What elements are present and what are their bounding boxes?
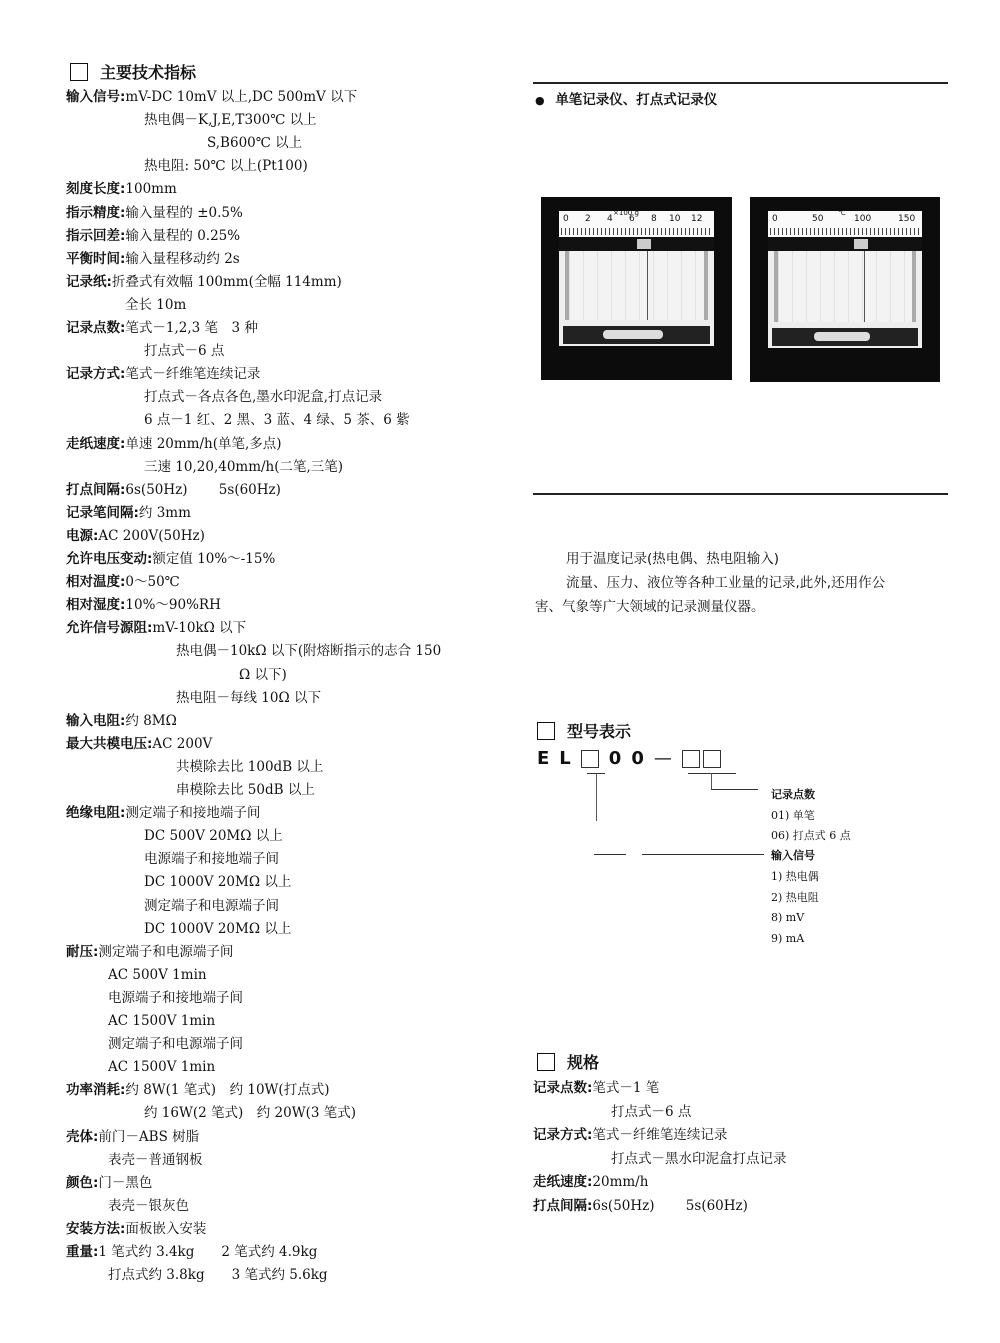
spec-row: 刻度长度:100mm <box>66 179 177 199</box>
section-box-icon <box>537 722 555 740</box>
spec-row: 打点式－6 点 <box>611 1102 691 1122</box>
section-box-icon <box>70 63 88 81</box>
spec-row: 测定端子和电源端子间 <box>144 896 279 916</box>
spec-value: 输入量程的 0.25% <box>125 228 240 244</box>
spec-row: DC 1000V 20MΩ 以上 <box>144 919 291 939</box>
spec-row: 壳体:前门－ABS 树脂 <box>66 1127 199 1147</box>
spec-value: 测定端子和电源端子间 <box>144 898 279 914</box>
record-points-slot-2 <box>703 750 721 768</box>
spec-row: 热电偶－K,J,E,T300℃ 以上 <box>144 110 317 130</box>
spec-row: 指示回差:输入量程的 0.25% <box>66 226 240 246</box>
model-code-heading: 型号表示 <box>537 719 631 742</box>
spec-row: 电源端子和接地端子间 <box>144 849 279 869</box>
recorder-scale: 0 2 4 6 8 10 12 ×100 g <box>559 211 714 238</box>
chart-paper <box>774 251 916 322</box>
spec-row: 全长 10m <box>125 295 186 315</box>
spec-label: 允许信号源阻: <box>66 620 152 636</box>
spec-value: 表壳－普通钢板 <box>108 1152 203 1168</box>
spec-label: 颜色: <box>66 1175 98 1191</box>
recorder-photo-dot-printing: 0 50 100 150 ℃ <box>750 197 940 382</box>
model-char-l: L <box>559 748 570 769</box>
input-signal-heading: 输入信号 <box>771 846 815 866</box>
main-specs-heading: 主要技术指标 <box>70 60 196 83</box>
spec-row: 记录方式:笔式－纤维笔连续记录 <box>533 1125 727 1145</box>
scale-label: 12 <box>691 214 702 224</box>
spec-value: 折叠式有效幅 100mm(全幅 114mm) <box>112 274 342 290</box>
spec-label: 记录方式: <box>533 1127 592 1143</box>
section-box-icon <box>537 1053 555 1071</box>
spec-row: 打点间隔:6s(50Hz) 5s(60Hz) <box>66 480 281 500</box>
spec-label: 耐压: <box>66 944 98 960</box>
spec-label: 走纸速度: <box>66 436 125 452</box>
spec-value: 热电阻－每线 10Ω 以下 <box>176 690 321 706</box>
slot1-connector <box>596 773 597 821</box>
spec-row: AC 1500V 1min <box>108 1057 215 1077</box>
spec-value: 0～50℃ <box>125 574 179 590</box>
spec-value: 笔式－纤维笔连续记录 <box>125 366 260 382</box>
bullet-icon: ● <box>535 94 545 107</box>
spec-label: 记录纸: <box>66 274 112 290</box>
spec-value: mV-DC 10mV 以上,DC 500mV 以下 <box>125 89 357 105</box>
spec-label: 最大共模电压: <box>66 736 152 752</box>
scale-ticks <box>561 228 712 235</box>
spec-value: 6s(50Hz) 5s(60Hz) <box>125 482 281 498</box>
scale-label: 8 <box>651 214 657 224</box>
spec-label: 电源: <box>66 528 98 544</box>
spec-row: 测定端子和电源端子间 <box>108 1034 243 1054</box>
spec-row: Ω 以下) <box>239 665 287 685</box>
spec-row: 允许电压变动:额定值 10%～-15% <box>66 549 275 569</box>
input-signal-option: 2) 热电阻 <box>771 888 819 908</box>
spec-value: 单速 20mm/h(单笔,多点) <box>125 436 281 452</box>
spec-label: 输入电阻: <box>66 713 125 729</box>
spec-row: 表壳－普通钢板 <box>108 1150 203 1170</box>
scale-label: 0 <box>563 214 569 224</box>
spec-row: 打点间隔:6s(50Hz) 5s(60Hz) <box>533 1196 748 1216</box>
spec-value: 三速 10,20,40mm/h(二笔,三笔) <box>144 459 343 475</box>
scale-unit: ℃ <box>838 209 846 217</box>
spec-value: 约 8W(1 笔式) 约 10W(打点式) <box>125 1082 329 1098</box>
product-title: 单笔记录仪、打点式记录仪 <box>555 92 717 108</box>
spec-value: 面板嵌入安装 <box>125 1221 206 1237</box>
scale-ticks <box>770 228 920 235</box>
spec-label: 指示回差: <box>66 228 125 244</box>
spec-row: 记录点数:笔式－1,2,3 笔 3 种 <box>66 318 258 338</box>
spec-row: 打点式约 3.8kg 3 笔式约 5.6kg <box>108 1265 328 1285</box>
spec-label: 壳体: <box>66 1129 98 1145</box>
spec-value: 共模除去比 100dB 以上 <box>176 759 323 775</box>
spec-value: 约 8MΩ <box>125 713 176 729</box>
spec-value: 笔式－纤维笔连续记录 <box>592 1127 727 1143</box>
spec-label: 重量: <box>66 1244 98 1260</box>
spec-label: 相对湿度: <box>66 597 125 613</box>
spec-row: 允许信号源阻:mV-10kΩ 以下 <box>66 618 246 638</box>
spec-row: 热电阻－每线 10Ω 以下 <box>176 688 321 708</box>
dot-trace <box>864 251 865 322</box>
spec-row: 记录点数:笔式－1 笔 <box>533 1078 659 1098</box>
spec-label: 记录点数: <box>66 320 125 336</box>
spec-label: 平衡时间: <box>66 251 125 267</box>
spec-row: 约 16W(2 笔式) 约 20W(3 笔式) <box>144 1103 356 1123</box>
description-line-1: 用于温度记录(热电偶、热电阻输入) <box>566 549 779 569</box>
spec-value: AC 200V <box>152 736 212 752</box>
pen-trace <box>647 251 648 320</box>
spec-value: 6 点－1 红、2 黑、3 蓝、4 绿、5 茶、6 紫 <box>144 412 410 428</box>
points-leader <box>711 789 758 790</box>
spec-row: AC 1500V 1min <box>108 1011 215 1031</box>
input-signal-option: 1) 热电偶 <box>771 867 819 887</box>
spec-value: 额定值 10%～-15% <box>152 551 275 567</box>
recorder-scale: 0 50 100 150 ℃ <box>768 211 922 238</box>
spec-value: 100mm <box>125 181 176 197</box>
spec-value: AC 1500V 1min <box>108 1013 215 1029</box>
spec-row: 热电阻: 50℃ 以上(Pt100) <box>144 156 308 176</box>
scale-label: 150 <box>898 214 915 224</box>
spec-row: 三速 10,20,40mm/h(二笔,三笔) <box>144 457 343 477</box>
spec-value: 笔式－1,2,3 笔 3 种 <box>125 320 258 336</box>
spec-row: 走纸速度:20mm/h <box>533 1172 648 1192</box>
spec-value: Ω 以下) <box>239 667 287 683</box>
model-code-pattern: E L 0 0 — <box>537 748 731 769</box>
spec-value: 输入量程移动约 2s <box>125 251 239 267</box>
spec-row: 打点式－各点各色,墨水印泥盒,打点记录 <box>144 387 382 407</box>
scale-label: 2 <box>585 214 591 224</box>
spec-value: 打点式约 3.8kg 3 笔式约 5.6kg <box>108 1267 328 1283</box>
model-code-title: 型号表示 <box>567 719 631 742</box>
pen-carriage <box>559 237 714 251</box>
spec-value: 笔式－1 笔 <box>592 1080 659 1096</box>
spec-row: 相对湿度:10%～90%RH <box>66 595 221 615</box>
scale-label: 50 <box>812 214 823 224</box>
spec-row: 相对温度:0～50℃ <box>66 572 180 592</box>
product-heading: ● 单笔记录仪、打点式记录仪 <box>535 88 717 108</box>
spec-row: 平衡时间:输入量程移动约 2s <box>66 249 240 269</box>
spec-row: 打点式－6 点 <box>144 341 224 361</box>
spec-value: S,B600℃ 以上 <box>207 135 302 151</box>
spec-value: 打点式－6 点 <box>144 343 224 359</box>
spec-label: 功率消耗: <box>66 1082 125 1098</box>
spec-row: 6 点－1 红、2 黑、3 蓝、4 绿、5 茶、6 紫 <box>144 410 410 430</box>
print-carriage <box>768 237 922 251</box>
spec-label: 刻度长度: <box>66 181 125 197</box>
spec-label: 相对温度: <box>66 574 125 590</box>
spec-value: AC 200V(50Hz) <box>98 528 204 544</box>
record-points-option: 06) 打点式 6 点 <box>771 826 851 846</box>
spec-label: 记录方式: <box>66 366 125 382</box>
spec-value: 串模除去比 50dB 以上 <box>176 782 315 798</box>
middle-divider <box>533 493 948 495</box>
spec-row: AC 500V 1min <box>108 965 207 985</box>
spec-value: 表壳－银灰色 <box>108 1198 189 1214</box>
recorder-footer <box>772 328 918 346</box>
spec-value: mV-10kΩ 以下 <box>152 620 246 636</box>
slot2-underline <box>688 773 736 774</box>
spec-row: 安装方法:面板嵌入安装 <box>66 1219 206 1239</box>
input-signal-slot <box>581 750 599 768</box>
spec-row: 记录纸:折叠式有效幅 100mm(全幅 114mm) <box>66 272 342 292</box>
spec-row: 输入电阻:约 8MΩ <box>66 711 177 731</box>
spec-label: 指示精度: <box>66 205 125 221</box>
spec-row: 指示精度:输入量程的 ±0.5% <box>66 203 243 223</box>
input-leader-b <box>642 854 764 855</box>
spec-value: DC 1000V 20MΩ 以上 <box>144 874 291 890</box>
spec-value: AC 500V 1min <box>108 967 207 983</box>
scale-label: 10 <box>669 214 680 224</box>
spec-value: 热电阻: 50℃ 以上(Pt100) <box>144 158 308 174</box>
spec-value: DC 1000V 20MΩ 以上 <box>144 921 291 937</box>
spec-label: 安装方法: <box>66 1221 125 1237</box>
spec-row: 电源:AC 200V(50Hz) <box>66 526 205 546</box>
spec-label: 打点间隔: <box>533 1198 592 1214</box>
spec-value: 约 3mm <box>139 505 191 521</box>
spec-row: 走纸速度:单速 20mm/h(单笔,多点) <box>66 434 282 454</box>
spec-row: 电源端子和接地端子间 <box>108 988 243 1008</box>
spec-value: 电源端子和接地端子间 <box>144 851 279 867</box>
specifications-heading: 规格 <box>537 1050 599 1073</box>
input-signal-option: 9) mA <box>771 929 804 949</box>
spec-value: 测定端子和电源端子间 <box>108 1036 243 1052</box>
spec-label: 打点间隔: <box>66 482 125 498</box>
spec-row: 表壳－银灰色 <box>108 1196 189 1216</box>
spec-row: 功率消耗:约 8W(1 笔式) 约 10W(打点式) <box>66 1080 329 1100</box>
spec-value: 测定端子和接地端子间 <box>125 805 260 821</box>
model-char-e: E <box>537 748 549 769</box>
spec-row: 串模除去比 50dB 以上 <box>176 780 315 800</box>
model-char-zero: 0 <box>609 748 622 769</box>
spec-row: DC 1000V 20MΩ 以上 <box>144 872 291 892</box>
description-line-2: 流量、压力、液位等各种工业量的记录,此外,还用作公 <box>566 573 885 593</box>
recorder-photo-single-pen: 0 2 4 6 8 10 12 ×100 g <box>541 197 732 380</box>
scale-label: 0 <box>772 214 778 224</box>
spec-label: 输入信号: <box>66 89 125 105</box>
spec-row: 最大共模电压:AC 200V <box>66 734 212 754</box>
spec-value: 热电偶－10kΩ 以下(附熔断指示的志合 150 <box>176 643 441 659</box>
spec-row: 打点式－黑水印泥盒打点记录 <box>611 1149 787 1169</box>
spec-value: DC 500V 20MΩ 以上 <box>144 828 283 844</box>
recorder-face: 0 2 4 6 8 10 12 ×100 g <box>559 211 714 346</box>
spec-value: 打点式－各点各色,墨水印泥盒,打点记录 <box>144 389 382 405</box>
spec-value: 电源端子和接地端子间 <box>108 990 243 1006</box>
spec-row: 热电偶－10kΩ 以下(附熔断指示的志合 150 <box>176 641 441 661</box>
scale-label: 4 <box>607 214 613 224</box>
spec-value: 门－黑色 <box>98 1175 152 1191</box>
spec-row: 共模除去比 100dB 以上 <box>176 757 323 777</box>
scale-label: 100 <box>854 214 871 224</box>
record-points-slot-1 <box>682 750 700 768</box>
spec-value: 输入量程的 ±0.5% <box>125 205 242 221</box>
spec-row: S,B600℃ 以上 <box>207 133 302 153</box>
input-leader-a <box>594 854 626 855</box>
spec-label: 记录点数: <box>533 1080 592 1096</box>
spec-value: 热电偶－K,J,E,T300℃ 以上 <box>144 112 317 128</box>
spec-value: 1 笔式约 3.4kg 2 笔式约 4.9kg <box>98 1244 317 1260</box>
slot2-connector <box>711 773 712 789</box>
recorder-footer <box>563 326 710 344</box>
top-divider <box>533 82 948 84</box>
specifications-title: 规格 <box>567 1050 599 1073</box>
spec-row: 颜色:门－黑色 <box>66 1173 152 1193</box>
scale-unit: ×100 g <box>613 209 639 217</box>
input-signal-option: 8) mV <box>771 908 804 928</box>
main-specs-title: 主要技术指标 <box>100 60 196 83</box>
spec-value: 打点式－6 点 <box>611 1104 691 1120</box>
spec-label: 允许电压变动: <box>66 551 152 567</box>
chart-paper <box>565 251 708 320</box>
spec-row: 重量:1 笔式约 3.4kg 2 笔式约 4.9kg <box>66 1242 317 1262</box>
spec-row: 记录笔间隔:约 3mm <box>66 503 191 523</box>
spec-value: 约 16W(2 笔式) 约 20W(3 笔式) <box>144 1105 356 1121</box>
spec-label: 绝缘电阻: <box>66 805 125 821</box>
spec-value: 10%～90%RH <box>125 597 220 613</box>
spec-value: 20mm/h <box>592 1174 648 1190</box>
spec-row: 记录方式:笔式－纤维笔连续记录 <box>66 364 260 384</box>
description-line-3: 害、气象等广大领域的记录测量仪器。 <box>535 597 765 617</box>
spec-value: 6s(50Hz) 5s(60Hz) <box>592 1198 748 1214</box>
record-points-heading: 记录点数 <box>771 785 815 805</box>
spec-value: 全长 10m <box>125 297 186 313</box>
spec-row: DC 500V 20MΩ 以上 <box>144 826 283 846</box>
model-char-dash: — <box>654 748 672 769</box>
spec-row: 绝缘电阻:测定端子和接地端子间 <box>66 803 260 823</box>
spec-value: 测定端子和电源端子间 <box>98 944 233 960</box>
spec-label: 记录笔间隔: <box>66 505 139 521</box>
model-char-zero: 0 <box>631 748 644 769</box>
spec-value: AC 1500V 1min <box>108 1059 215 1075</box>
spec-value: 前门－ABS 树脂 <box>98 1129 199 1145</box>
spec-row: 输入信号:mV-DC 10mV 以上,DC 500mV 以下 <box>66 87 357 107</box>
recorder-face: 0 50 100 150 ℃ <box>768 211 922 348</box>
spec-value: 打点式－黑水印泥盒打点记录 <box>611 1151 787 1167</box>
record-points-option: 01) 单笔 <box>771 806 815 826</box>
spec-row: 耐压:测定端子和电源端子间 <box>66 942 233 962</box>
spec-label: 走纸速度: <box>533 1174 592 1190</box>
